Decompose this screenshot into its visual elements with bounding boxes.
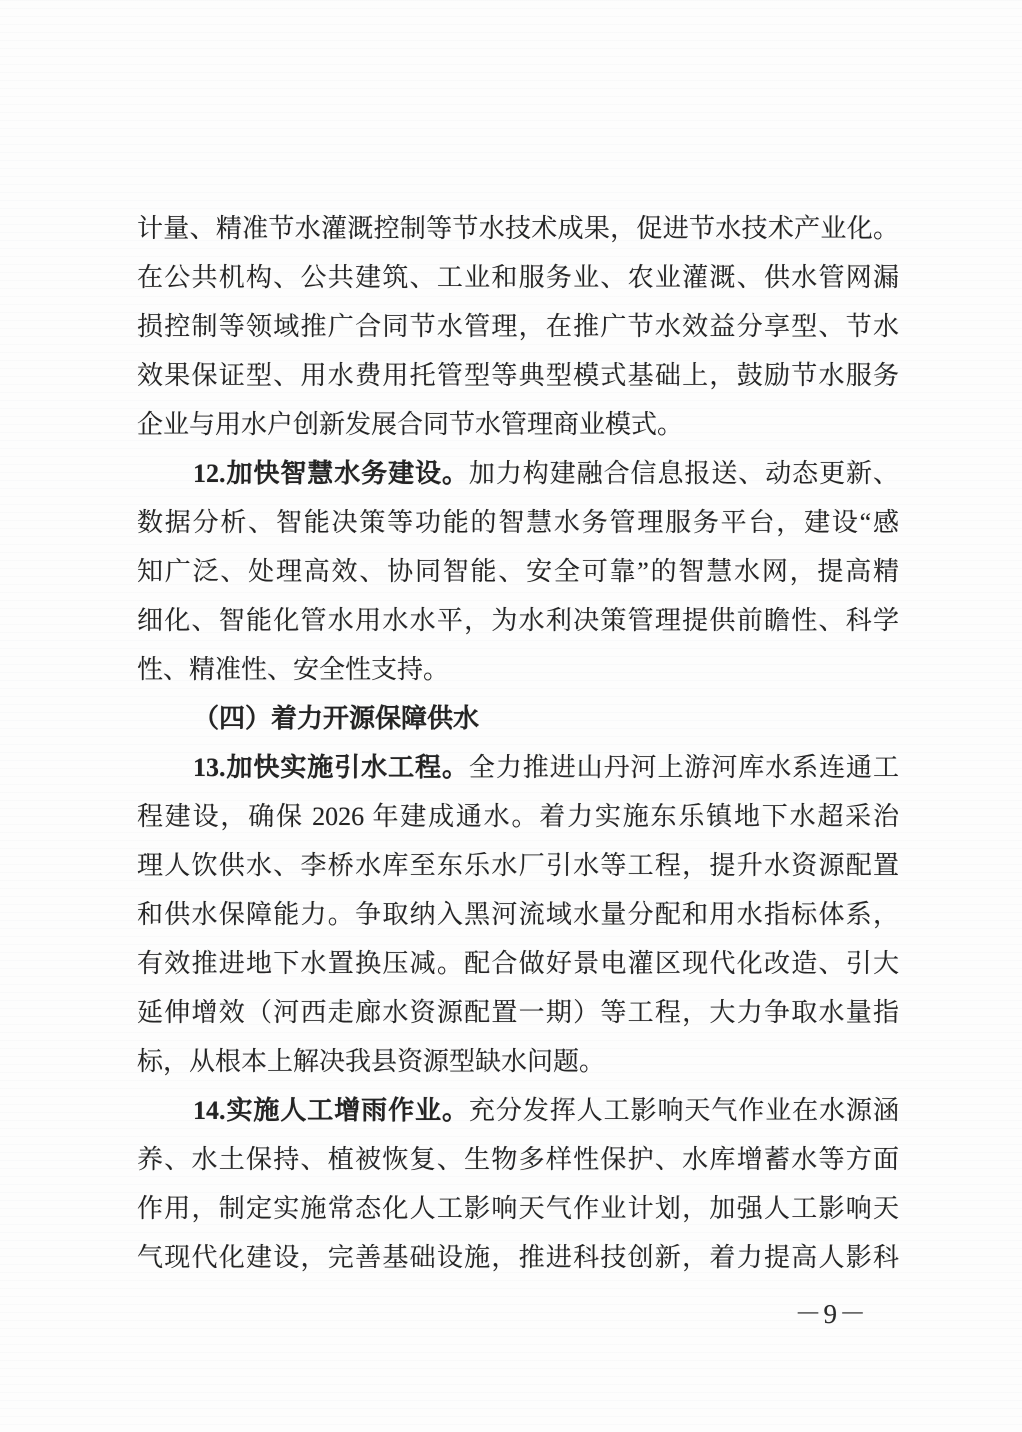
paragraph: 12.加快智慧水务建设。加力构建融合信息报送、动态更新、 数据分析、智能决策等功… [137,449,899,694]
document-body: 计量、精准节水灌溉控制等节水技术成果，促进节水技术产业化。 在公共机构、公共建筑… [137,204,899,1282]
section-heading: （四）着力开源保障供水 [137,694,899,743]
text-run: 加力构建融合信息报送、动态更新、 [469,459,899,488]
text-line: 损控制等领域推广合同节水管理，在推广节水效益分享型、节水 [137,302,899,351]
text-line: 有效推进地下水置换压减。配合做好景电灌区现代化改造、引大 [137,939,899,988]
text-line: 和供水保障能力。争取纳入黑河流域水量分配和用水指标体系， [137,890,899,939]
text-line: 知广泛、处理高效、协同智能、安全可靠”的智慧水网，提高精 [137,547,899,596]
text-line: 细化、智能化管水用水水平，为水利决策管理提供前瞻性、科学 [137,596,899,645]
text-line: 延伸增效（河西走廊水资源配置一期）等工程，大力争取水量指 [137,988,899,1037]
paragraph: 13.加快实施引水工程。全力推进山丹河上游河库水系连通工 程建设，确保 2026… [137,743,899,1086]
item-number-lead: 12.加快智慧水务建设。 [193,459,469,488]
text-run: 充分发挥人工影响天气作业在水源涵 [469,1096,899,1125]
scanned-document-page: 计量、精准节水灌溉控制等节水技术成果，促进节水技术产业化。 在公共机构、公共建筑… [0,0,1022,1432]
text-line: 效果保证型、用水费用托管型等典型模式基础上，鼓励节水服务 [137,351,899,400]
text-line: 标，从根本上解决我县资源型缺水问题。 [137,1037,899,1086]
text-line: 在公共机构、公共建筑、工业和服务业、农业灌溉、供水管网漏 [137,253,899,302]
text-line: 企业与用水户创新发展合同节水管理商业模式。 [137,400,899,449]
text-line: 14.实施人工增雨作业。充分发挥人工影响天气作业在水源涵 [137,1086,899,1135]
text-line: 程建设，确保 2026 年建成通水。着力实施东乐镇地下水超采治 [137,792,899,841]
text-line: 理人饮供水、李桥水库至东乐水厂引水等工程，提升水资源配置 [137,841,899,890]
item-number-lead: 14.实施人工增雨作业。 [193,1096,469,1125]
text-line: 作用，制定实施常态化人工影响天气作业计划，加强人工影响天 [137,1184,899,1233]
text-line: 养、水土保持、植被恢复、生物多样性保护、水库增蓄水等方面 [137,1135,899,1184]
text-line: 12.加快智慧水务建设。加力构建融合信息报送、动态更新、 [137,449,899,498]
item-number-lead: 13.加快实施引水工程。 [193,753,469,782]
text-line: 性、精准性、安全性支持。 [137,645,899,694]
text-line: 数据分析、智能决策等功能的智慧水务管理服务平台，建设“感 [137,498,899,547]
page-number: －9－ [138,1300,868,1328]
paragraph: 14.实施人工增雨作业。充分发挥人工影响天气作业在水源涵 养、水土保持、植被恢复… [137,1086,899,1282]
text-line: 13.加快实施引水工程。全力推进山丹河上游河库水系连通工 [137,743,899,792]
text-line: 计量、精准节水灌溉控制等节水技术成果，促进节水技术产业化。 [137,204,899,253]
paragraph: 计量、精准节水灌溉控制等节水技术成果，促进节水技术产业化。 在公共机构、公共建筑… [137,204,899,449]
text-line: 气现代化建设，完善基础设施，推进科技创新，着力提高人影科 [137,1233,899,1282]
text-run: 全力推进山丹河上游河库水系连通工 [469,753,899,782]
